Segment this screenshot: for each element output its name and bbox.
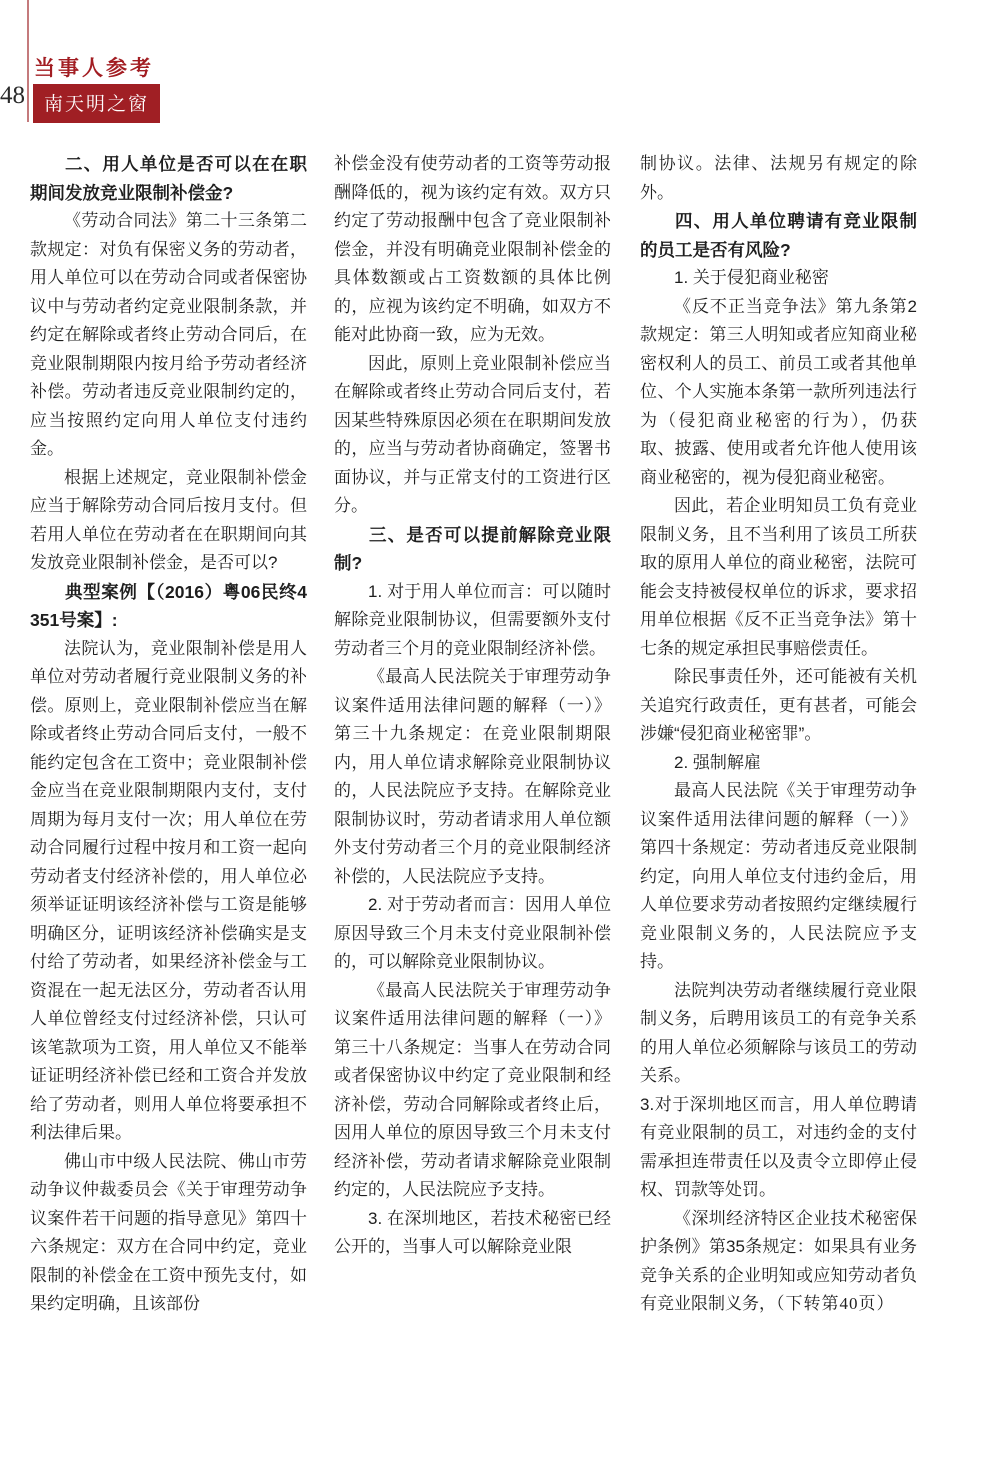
paragraph: 1. 关于侵犯商业秘密 bbox=[640, 264, 917, 293]
text-column-3: 制协议。法律、法规另有规定的除外。四、用人单位聘请有竞业限制的员工是否有风险?1… bbox=[640, 150, 917, 1319]
paragraph: 因此，原则上竞业限制补偿应当在解除或者终止劳动合同后支付，若因某些特殊原因必须在… bbox=[334, 350, 611, 521]
paragraph: 2. 强制解雇 bbox=[640, 749, 917, 778]
paragraph-text: 1. 关于侵犯商业秘密 bbox=[674, 268, 829, 287]
section-heading: 三、是否可以提前解除竞业限制? bbox=[334, 521, 611, 578]
paragraph: 《最高人民法院关于审理劳动争议案件适用法律问题的解释（一）》第三十八条规定：当事… bbox=[334, 977, 611, 1205]
text-column-1: 二、用人单位是否可以在在职期间发放竞业限制补偿金?《劳动合同法》第二十三条第二款… bbox=[30, 150, 307, 1319]
paragraph: 1. 对于用人单位而言：可以随时解除竞业限制协议，但需要额外支付劳动者三个月的竞… bbox=[334, 578, 611, 664]
section-heading: 四、用人单位聘请有竞业限制的员工是否有风险? bbox=[640, 207, 917, 264]
paragraph: 典型案例【（2016）粤06民终4351号案】: bbox=[30, 578, 307, 635]
paragraph: 《劳动合同法》第二十三条第二款规定：对负有保密义务的劳动者，用人单位可以在劳动合… bbox=[30, 207, 307, 464]
paragraph: 《深圳经济特区企业技术秘密保护条例》第35条规定：如果具有业务竞争关系的企业明知… bbox=[640, 1205, 917, 1319]
paragraph-text: 典型案例【（2016）粤06民终4351号案】: bbox=[30, 582, 307, 631]
paragraph-text: 《反不正当竞争法》第九条第2款规定：第三人明知或者应知商业秘密权利人的员工、前员… bbox=[640, 297, 917, 487]
paragraph-text: 因此，原则上竞业限制补偿应当在解除或者终止劳动合同后支付，若因某些特殊原因必须在… bbox=[334, 354, 611, 516]
paragraph-text: 佛山市中级人民法院、佛山市劳动争议仲裁委员会《关于审理劳动争议案件若干问题的指导… bbox=[30, 1152, 307, 1314]
section-banner: 南天明之窗 bbox=[33, 84, 160, 123]
paragraph: 法院认为，竞业限制补偿是用人单位对劳动者履行竞业限制义务的补偿。原则上，竞业限制… bbox=[30, 635, 307, 1148]
magazine-page: 48 当事人参考 南天明之窗 二、用人单位是否可以在在职期间发放竞业限制补偿金?… bbox=[0, 0, 1004, 1466]
paragraph: 《最高人民法院关于审理劳动争议案件适用法律问题的解释（一）》第三十九条规定：在竞… bbox=[334, 663, 611, 891]
paragraph: 根据上述规定，竞业限制补偿金应当于解除劳动合同后按月支付。但若用人单位在劳动者在… bbox=[30, 464, 307, 578]
paragraph-text: 2. 对于劳动者而言：因用人单位原因导致三个月未支付竞业限制补偿的，可以解除竞业… bbox=[334, 895, 611, 971]
paragraph: 《反不正当竞争法》第九条第2款规定：第三人明知或者应知商业秘密权利人的员工、前员… bbox=[640, 293, 917, 493]
paragraph: 佛山市中级人民法院、佛山市劳动争议仲裁委员会《关于审理劳动争议案件若干问题的指导… bbox=[30, 1148, 307, 1319]
paragraph: 3. 在深圳地区，若技术秘密已经公开的，当事人可以解除竞业限 bbox=[334, 1205, 611, 1262]
page-number: 48 bbox=[0, 82, 26, 110]
paragraph: 因此，若企业明知员工负有竞业限制义务，且不当利用了该员工所获取的原用人单位的商业… bbox=[640, 492, 917, 663]
paragraph-text: 根据上述规定，竞业限制补偿金应当于解除劳动合同后按月支付。但若用人单位在劳动者在… bbox=[30, 468, 307, 573]
text-column-2: 补偿金没有使劳动者的工资等劳动报酬降低的，视为该约定有效。双方只约定了劳动报酬中… bbox=[334, 150, 611, 1262]
paragraph-text: 《最高人民法院关于审理劳动争议案件适用法律问题的解释（一）》第三十九条规定：在竞… bbox=[334, 667, 611, 886]
paragraph-text: 《劳动合同法》第二十三条第二款规定：对负有保密义务的劳动者，用人单位可以在劳动合… bbox=[30, 211, 307, 458]
paragraph-text: 2. 强制解雇 bbox=[674, 753, 761, 772]
paragraph-text: 最高人民法院《关于审理劳动争议案件适用法律问题的解释（一）》第四十条规定：劳动者… bbox=[640, 781, 917, 971]
left-red-rule bbox=[27, 0, 29, 122]
paragraph: 2. 对于劳动者而言：因用人单位原因导致三个月未支付竞业限制补偿的，可以解除竞业… bbox=[334, 891, 611, 977]
paragraph-text: 补偿金没有使劳动者的工资等劳动报酬降低的，视为该约定有效。双方只约定了劳动报酬中… bbox=[334, 154, 611, 344]
section-heading: 二、用人单位是否可以在在职期间发放竞业限制补偿金? bbox=[30, 150, 307, 207]
paragraph-text: 3. 在深圳地区，若技术秘密已经公开的，当事人可以解除竞业限 bbox=[334, 1209, 611, 1257]
paragraph-text: 除民事责任外，还可能被有关机关追究行政责任，更有甚者，可能会涉嫌“侵犯商业秘密罪… bbox=[640, 667, 917, 743]
paragraph-text: 因此，若企业明知员工负有竞业限制义务，且不当利用了该员工所获取的原用人单位的商业… bbox=[640, 496, 917, 658]
paragraph-text: 法院判决劳动者继续履行竞业限制义务，后聘用该员工的有竞争关系的用人单位必须解除与… bbox=[640, 981, 917, 1086]
paragraph-text: 《最高人民法院关于审理劳动争议案件适用法律问题的解释（一）》第三十八条规定：当事… bbox=[334, 981, 611, 1200]
paragraph-text: 法院认为，竞业限制补偿是用人单位对劳动者履行竞业限制义务的补偿。原则上，竞业限制… bbox=[30, 639, 307, 1143]
paragraph: 补偿金没有使劳动者的工资等劳动报酬降低的，视为该约定有效。双方只约定了劳动报酬中… bbox=[334, 150, 611, 350]
paragraph: 除民事责任外，还可能被有关机关追究行政责任，更有甚者，可能会涉嫌“侵犯商业秘密罪… bbox=[640, 663, 917, 749]
paragraph: 3.对于深圳地区而言，用人单位聘请有竞业限制的员工，对违约金的支付需承担连带责任… bbox=[640, 1091, 917, 1205]
paragraph-text: 制协议。法律、法规另有规定的除外。 bbox=[640, 154, 917, 202]
paragraph: 制协议。法律、法规另有规定的除外。 bbox=[640, 150, 917, 207]
paragraph-text: 二、用人单位是否可以在在职期间发放竞业限制补偿金? bbox=[30, 154, 307, 203]
paragraph: 法院判决劳动者继续履行竞业限制义务，后聘用该员工的有竞争关系的用人单位必须解除与… bbox=[640, 977, 917, 1091]
column-kicker: 当事人参考 bbox=[34, 52, 154, 82]
continued-on-page-note: （下转第40页） bbox=[776, 1294, 895, 1313]
paragraph-text: 四、用人单位聘请有竞业限制的员工是否有风险? bbox=[640, 211, 917, 260]
paragraph-text: 三、是否可以提前解除竞业限制? bbox=[334, 525, 611, 574]
paragraph-text: 1. 对于用人单位而言：可以随时解除竞业限制协议，但需要额外支付劳动者三个月的竞… bbox=[334, 582, 611, 658]
paragraph: 最高人民法院《关于审理劳动争议案件适用法律问题的解释（一）》第四十条规定：劳动者… bbox=[640, 777, 917, 977]
paragraph-text: 3.对于深圳地区而言，用人单位聘请有竞业限制的员工，对违约金的支付需承担连带责任… bbox=[640, 1095, 917, 1200]
